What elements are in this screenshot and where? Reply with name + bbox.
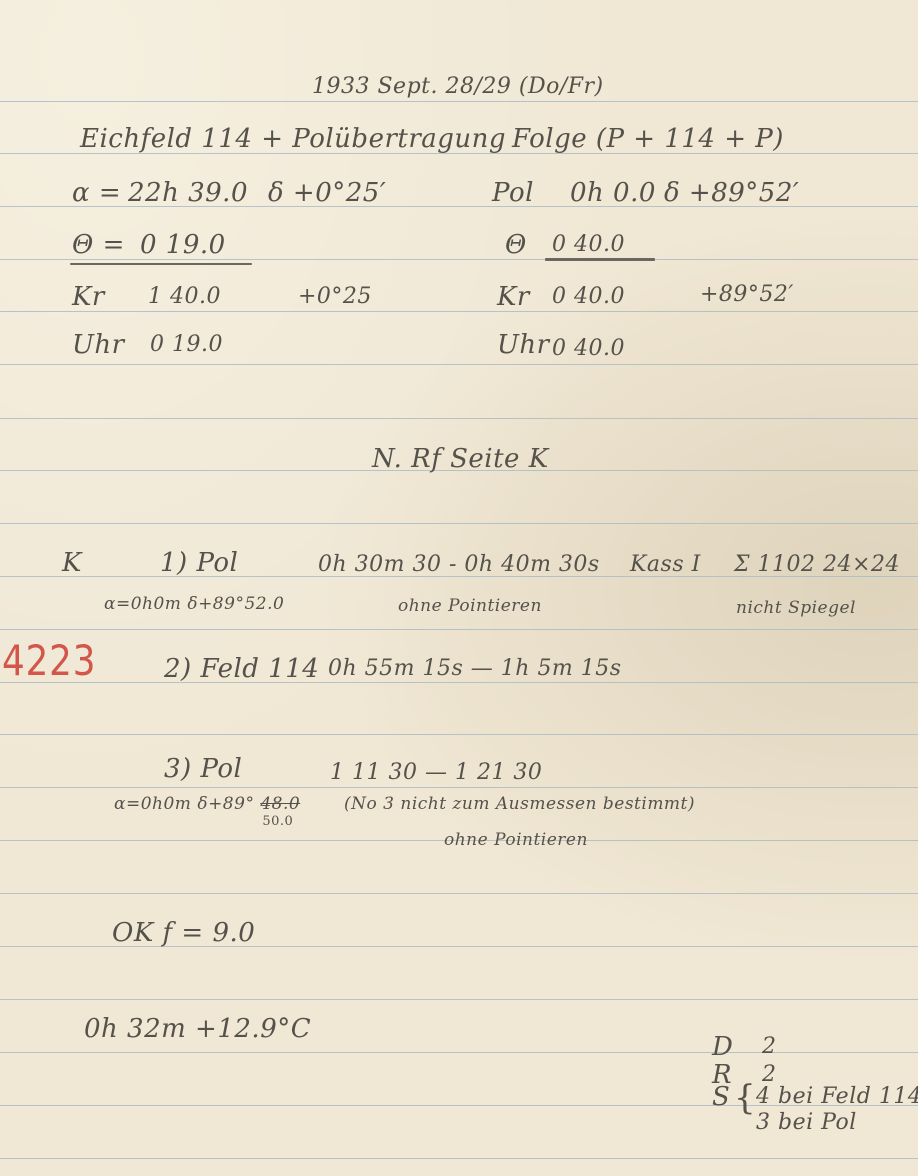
left-theta-label: Θ = xyxy=(72,230,125,260)
count-label-s: S xyxy=(712,1082,730,1112)
exposure-prefix: K xyxy=(62,548,82,578)
exposure-3-label: 3) Pol xyxy=(164,754,242,784)
entry-date: 1933 Sept. 28/29 (Do/Fr) xyxy=(312,74,604,99)
left-kr-label: Kr xyxy=(72,282,105,312)
right-theta-underline xyxy=(545,258,655,261)
rule-line xyxy=(0,259,918,260)
exposure-3-note2: ohne Pointieren xyxy=(444,830,588,850)
count-label-d: D xyxy=(712,1032,733,1062)
catalog-number: 4223 xyxy=(2,636,96,685)
right-kr-value: 0 40.0 xyxy=(552,284,625,309)
exposure-2-label: 2) Feld 114 xyxy=(164,654,319,684)
exposure-3-coords-correction: 48.0 50.0 xyxy=(260,794,300,814)
exposure-1-plate-note: nicht Spiegel xyxy=(736,598,856,618)
right-theta-label: Θ xyxy=(505,230,527,260)
right-kr-label: Kr xyxy=(497,282,530,312)
left-delta-value: δ +0°25′ xyxy=(268,178,386,208)
rule-line xyxy=(0,734,918,735)
exposure-1-coords: α=0h0m δ+89°52.0 xyxy=(104,594,284,614)
rule-line xyxy=(0,682,918,683)
left-kr-value: 1 40.0 xyxy=(148,284,221,309)
entry-title-left: Eichfeld 114 + Polübertragung xyxy=(80,124,506,154)
exposure-3-coords: α=0h0m δ+89° 48.0 50.0 xyxy=(114,794,300,814)
rule-line xyxy=(0,1052,918,1053)
s-count-pol: 3 bei Pol xyxy=(756,1110,857,1135)
count-value-d: 2 xyxy=(762,1034,777,1059)
brace-icon: { xyxy=(734,1078,756,1118)
exposure-1-note: ohne Pointieren xyxy=(398,596,542,616)
section-heading: N. Rf Seite K xyxy=(372,444,549,474)
rule-line xyxy=(0,787,918,788)
left-alpha-label: α = xyxy=(72,178,121,208)
exposure-1-label: 1) Pol xyxy=(160,548,238,578)
left-theta-value: 0 19.0 xyxy=(140,230,226,260)
exposure-1-plate: Σ 1102 24×24 xyxy=(734,552,900,577)
right-uhr-label: Uhr xyxy=(497,330,550,360)
rule-line xyxy=(0,364,918,365)
right-pol-label: Pol xyxy=(492,178,534,208)
rule-line xyxy=(0,418,918,419)
ok-focal-line: OK f = 9.0 xyxy=(112,918,255,948)
right-uhr-value: 0 40.0 xyxy=(552,336,625,361)
right-theta-value: 0 40.0 xyxy=(552,232,625,257)
rule-line xyxy=(0,893,918,894)
exposure-2-time-range: 0h 55m 15s — 1h 5m 15s xyxy=(328,656,622,681)
exposure-1-time-range: 0h 30m 30 - 0h 40m 30s xyxy=(318,552,600,577)
right-pol-value: 0h 0.0 xyxy=(570,178,656,208)
entry-title-right: Folge (P + 114 + P) xyxy=(512,124,784,154)
left-uhr-value: 0 19.0 xyxy=(150,332,223,357)
exposure-3-coords-struck: 48.0 xyxy=(260,794,300,814)
right-delta-value: δ +89°52′ xyxy=(664,178,799,208)
right-kr-declination: +89°52′ xyxy=(700,282,794,307)
exposure-3-coords-corrected: 50.0 xyxy=(262,814,293,829)
rule-line xyxy=(0,1158,918,1159)
left-theta-underline xyxy=(70,263,252,265)
exposure-3-time-range: 1 11 30 — 1 21 30 xyxy=(330,760,542,785)
notebook-page: 1933 Sept. 28/29 (Do/Fr) Eichfeld 114 + … xyxy=(0,0,918,1176)
exposure-1-cassette: Kass I xyxy=(630,552,701,577)
rule-line xyxy=(0,311,918,312)
time-temperature-line: 0h 32m +12.9°C xyxy=(84,1014,311,1044)
left-kr-declination: +0°25 xyxy=(298,284,372,309)
exposure-3-note: (No 3 nicht zum Ausmessen bestimmt) xyxy=(344,794,695,814)
rule-line xyxy=(0,629,918,630)
left-alpha-value: 22h 39.0 xyxy=(128,178,248,208)
exposure-3-coords-prefix: α=0h0m δ+89° xyxy=(114,794,254,814)
rule-line xyxy=(0,101,918,102)
rule-line xyxy=(0,523,918,524)
rule-line xyxy=(0,999,918,1000)
left-uhr-label: Uhr xyxy=(72,330,125,360)
s-count-feld: 4 bei Feld 114 xyxy=(756,1084,918,1109)
